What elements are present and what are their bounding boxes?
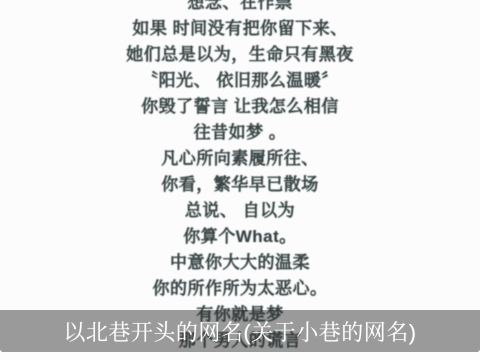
username-line: 她们总是以为，生命只有黑夜 <box>0 42 480 68</box>
caption-text: 以北巷开头的网名(关于小巷的网名) <box>63 316 416 347</box>
username-line: 如果 时间没有把你留下来、 <box>0 16 480 42</box>
username-line: 想念、在作祟 <box>0 0 480 16</box>
username-line: 总说、 自以为 <box>0 198 480 224</box>
username-line: 你看，繁华早已散场 <box>0 172 480 198</box>
caption-band: 以北巷开头的网名(关于小巷的网名) <box>0 310 480 352</box>
username-line: 你算个What。 <box>0 224 480 250</box>
username-line: 凡心所向素履所往、 <box>0 146 480 172</box>
username-line: 中意你大大的温柔 <box>0 250 480 276</box>
text-image: 想念、在作祟如果 时间没有把你留下来、她们总是以为，生命只有黑夜〝阳光、 依旧那… <box>0 0 480 360</box>
username-lines: 想念、在作祟如果 时间没有把你留下来、她们总是以为，生命只有黑夜〝阳光、 依旧那… <box>0 0 480 354</box>
username-line: 〝阳光、 依旧那么温暖〞 <box>0 68 480 94</box>
username-line: 你毁了誓言 让我怎么相信 <box>0 94 480 120</box>
username-line: 往昔如梦 。 <box>0 120 480 146</box>
username-line: 你的所作所为太恶心。 <box>0 276 480 302</box>
